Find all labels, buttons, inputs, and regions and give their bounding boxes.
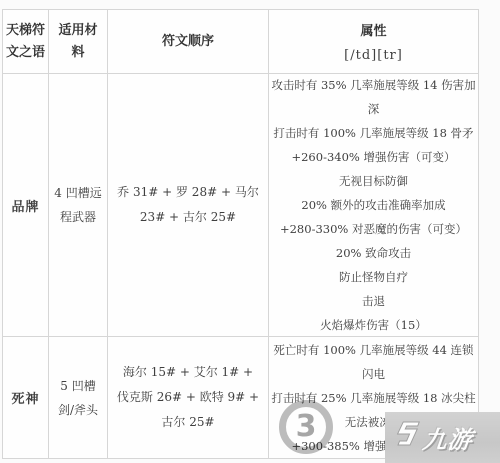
attribute-line: 攻击时有 35% 几率施展等级 14 伤害加深: [270, 74, 477, 121]
rune-order-cell: 海尔 15# + 艾尔 1# + 伐克斯 26# + 欧特 9# + 古尔 25…: [108, 337, 269, 459]
jiuyou-g-icon: [392, 420, 423, 456]
attribute-line: 无视目标防御: [270, 169, 477, 193]
header-bbcode-remnant: [/td][tr]: [344, 48, 403, 63]
runeword-name-cell: 品牌: [3, 74, 49, 337]
circle-3-digit: 3: [296, 412, 317, 442]
header-cell-material: 适用材料: [49, 10, 108, 74]
attribute-line: 打击时有 100% 几率施展等级 18 骨矛: [270, 121, 477, 145]
header-label-attributes: 属性: [360, 20, 386, 39]
header-label-rune-order: 符文顺序: [162, 31, 214, 53]
header-cell-rune-order: 符文顺序: [108, 10, 269, 74]
material-cell: 5 凹槽剑/斧头: [49, 337, 108, 459]
attribute-line: 20% 额外的攻击准确率加成: [270, 193, 477, 217]
rune-order-cell: 乔 31# + 罗 28# + 马尔 23# + 古尔 25#: [108, 74, 269, 337]
runeword-table: 天梯符文之语 适用材料 符文顺序 属性 [/td][tr] 品牌 4 凹槽远程武…: [2, 9, 479, 459]
attribute-line: +280-330% 对恶魔的伤害（可变）: [270, 217, 477, 241]
site-logo-watermark: 九游: [385, 412, 500, 463]
header-cell-runeword-name: 天梯符文之语: [3, 10, 49, 74]
material-cell: 4 凹槽远程武器: [49, 74, 108, 337]
screenshot-stage: 游 天梯符文之语 适用材料 符文顺序 属性 [/td][tr] 品牌 4 凹槽远…: [0, 0, 500, 463]
header-label-material: 适用材料: [56, 20, 100, 64]
table-header-row: 天梯符文之语 适用材料 符文顺序 属性 [/td][tr]: [3, 10, 479, 74]
circle-3-watermark: 3: [279, 400, 333, 454]
table-row: 品牌 4 凹槽远程武器 乔 31# + 罗 28# + 马尔 23# + 古尔 …: [3, 74, 479, 337]
attribute-line: 防止怪物自疗: [270, 265, 477, 289]
runeword-name-cell: 死神: [3, 337, 49, 459]
header-label-runeword-name: 天梯符文之语: [6, 20, 46, 64]
attribute-line: 击退: [270, 289, 477, 313]
jiuyou-logo-text: 九游: [421, 420, 475, 455]
attribute-line: 火焰爆炸伤害（15）: [270, 313, 477, 337]
header-cell-attributes: 属性 [/td][tr]: [269, 10, 479, 74]
attribute-line: +260-340% 增强伤害（可变）: [270, 145, 477, 169]
attribute-line: 死亡时有 100% 几率施展等级 44 连锁闪电: [270, 338, 477, 386]
attributes-cell: 攻击时有 35% 几率施展等级 14 伤害加深打击时有 100% 几率施展等级 …: [269, 74, 479, 337]
attribute-line: 20% 致命攻击: [270, 241, 477, 265]
